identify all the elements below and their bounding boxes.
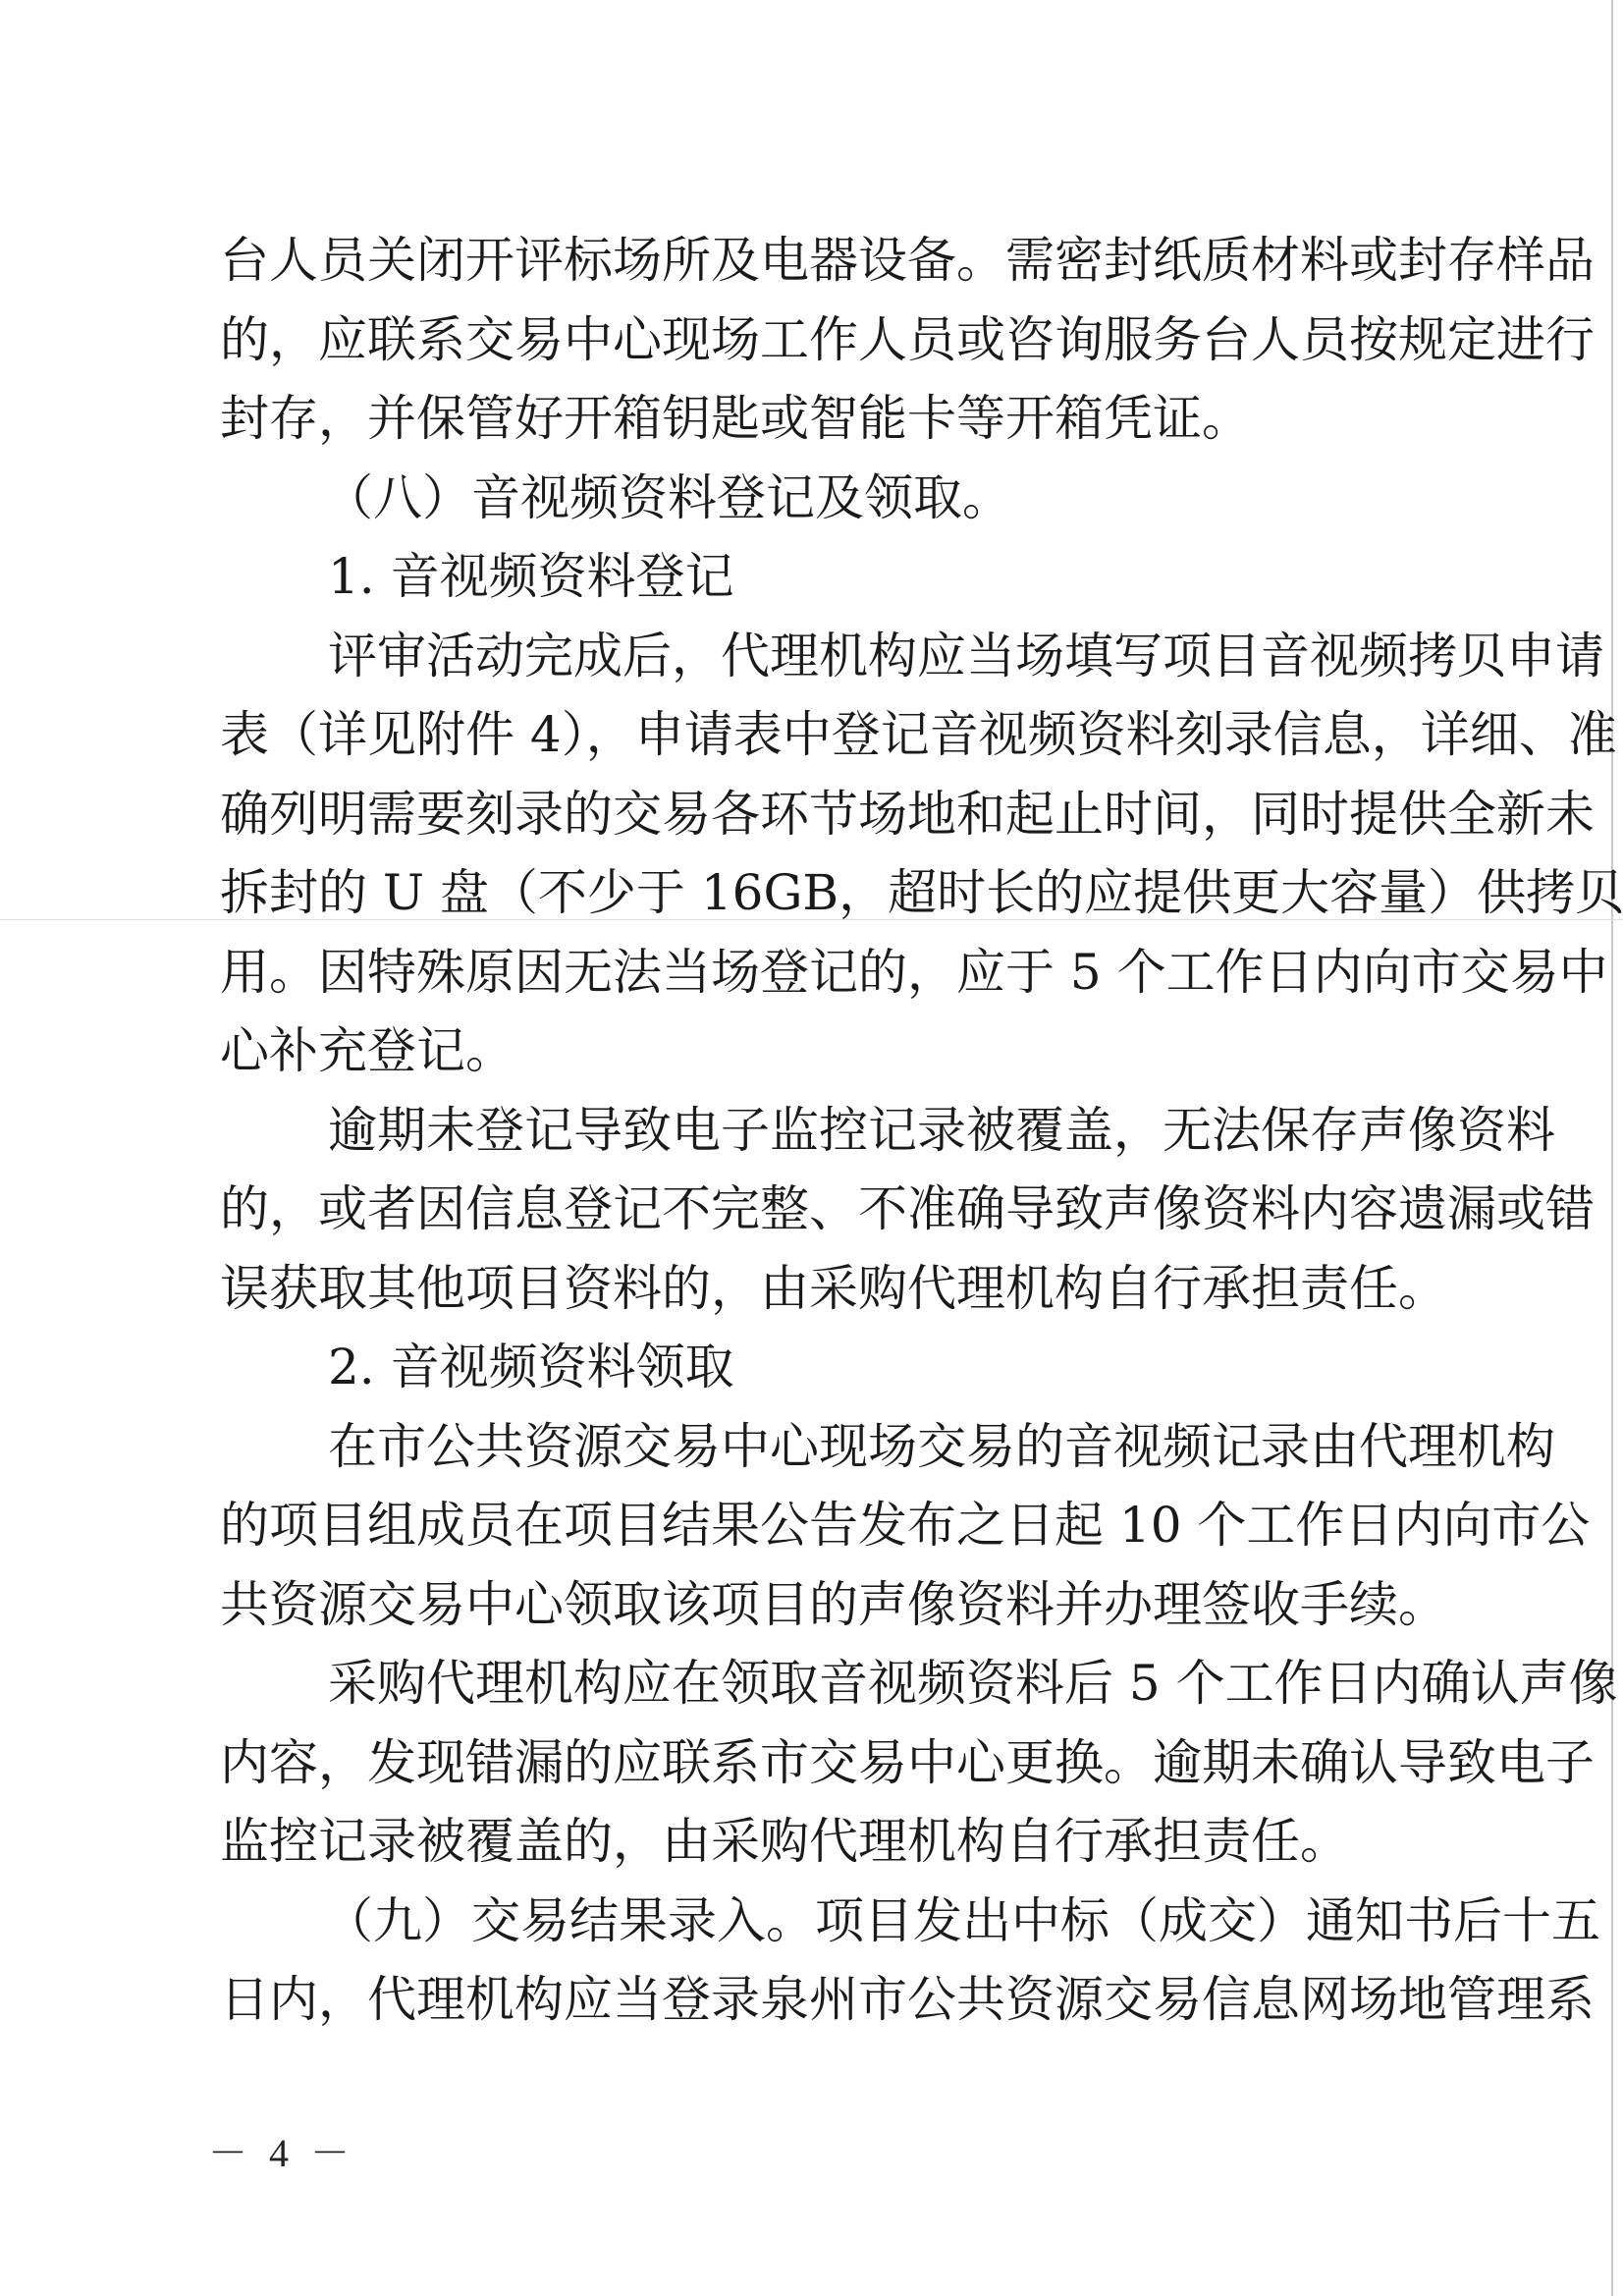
page-edge-line [1611,0,1613,2296]
paragraph-line: 内容，发现错漏的应联系市交易中心更换。逾期未确认导致电子 [220,1723,1426,1803]
paragraph-line: 确列明需要刻录的交易各环节场地和起止时间，同时提供全新未 [220,775,1426,854]
paragraph-line: 拆封的 U 盘（不少于 16GB，超时长的应提供更大容量）供拷贝使 [220,853,1426,933]
paragraph-line: 的项目组成员在项目结果公告发布之日起 10 个工作日内向市公 [220,1486,1426,1565]
paragraph-line: 心补充登记。 [220,1011,1426,1091]
paragraph-line: 误获取其他项目资料的，由采购代理机构自行承担责任。 [220,1249,1426,1329]
paragraph-line: 的，应联系交易中心现场工作人员或咨询服务台人员按规定进行 [220,301,1426,380]
subheading-2: 2. 音视频资料领取 [220,1328,1426,1407]
page-number: － 4 － [208,2131,355,2176]
paragraph-line: 评审活动完成后，代理机构应当场填写项目音视频拷贝申请 [220,617,1426,696]
paragraph-line: 封存，并保管好开箱钥匙或智能卡等开箱凭证。 [220,379,1426,459]
subheading-1: 1. 音视频资料登记 [220,537,1426,617]
paragraph-line: 表（详见附件 4），申请表中登记音视频资料刻录信息，详细、准 [220,695,1426,775]
paragraph-line: 日内，代理机构应当登录泉州市公共资源交易信息网场地管理系 [220,1960,1426,2040]
paragraph-line: 用。因特殊原因无法当场登记的，应于 5 个工作日内向市交易中 [220,933,1426,1012]
paragraph-line: 在市公共资源交易中心现场交易的音视频记录由代理机构 [220,1407,1426,1487]
section-heading-8: （八）音视频资料登记及领取。 [220,459,1426,538]
paragraph-line: 监控记录被覆盖的，由采购代理机构自行承担责任。 [220,1802,1426,1882]
section-heading-9: （九）交易结果录入。项目发出中标（成交）通知书后十五 [220,1882,1426,1961]
paragraph-line: 采购代理机构应在领取音视频资料后 5 个工作日内确认声像 [220,1644,1426,1723]
paragraph-line: 共资源交易中心领取该项目的声像资料并办理签收手续。 [220,1565,1426,1645]
paragraph-line: 的，或者因信息登记不完整、不准确导致声像资料内容遗漏或错 [220,1170,1426,1249]
document-body: 台人员关闭开评标场所及电器设备。需密封纸质材料或封存样品 的，应联系交易中心现场… [220,221,1426,2040]
paragraph-line: 台人员关闭开评标场所及电器设备。需密封纸质材料或封存样品 [220,221,1426,301]
paragraph-line: 逾期未登记导致电子监控记录被覆盖，无法保存声像资料 [220,1091,1426,1171]
